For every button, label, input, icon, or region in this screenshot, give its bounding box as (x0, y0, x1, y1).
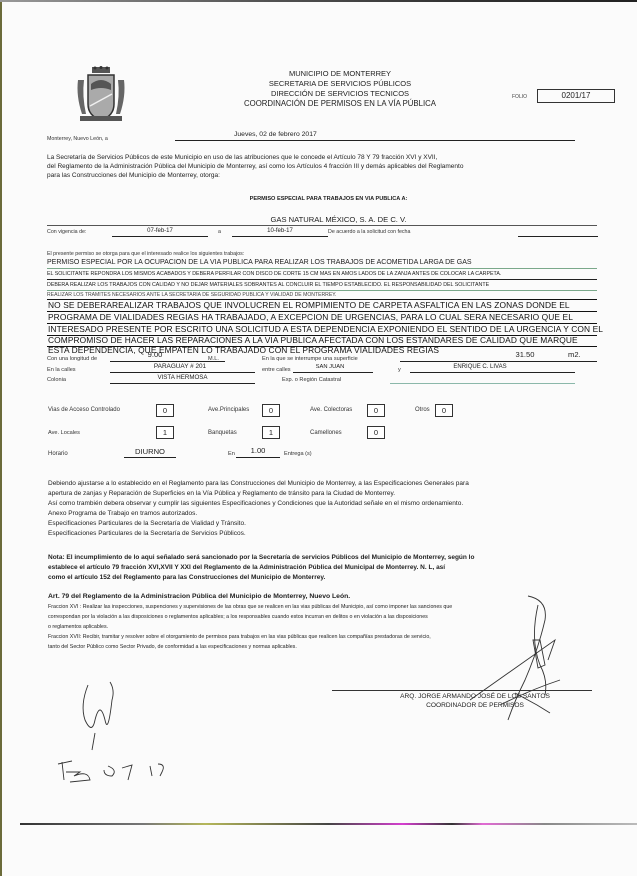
colony-underline (110, 383, 255, 384)
signatory-role: COORDINADOR DE PERMISOS (345, 701, 605, 710)
intro-line-3: para las Construcciones del Municipio de… (47, 171, 220, 180)
validity-label: Con vigencia de: (47, 229, 86, 235)
header-secretariat: SECRETARIA DE SERVICIOS PÚBLICOS (230, 79, 450, 90)
works-underline-2 (47, 279, 597, 280)
condition-line-2: apertura de zanjas y Reparación de Super… (48, 489, 395, 498)
article-line-5: tanto del Sector Público como Sector Pri… (48, 644, 297, 650)
place-label: Monterrey, Nuevo León, a (47, 136, 108, 142)
scan-edge-bottom (20, 823, 637, 825)
delivery-underline (236, 457, 280, 458)
article-title: Art. 79 del Reglamento de la Administrac… (48, 593, 350, 600)
warning-line-1: NO SE DEBERAREALIZAR TRABAJOS QUE INVOLU… (48, 300, 570, 310)
surface-unit: m2. (568, 350, 581, 359)
street-label: En la calles (47, 367, 76, 373)
validity-to-underline (232, 236, 328, 237)
others-value: 0 (435, 404, 453, 417)
validity-from: 07-feb-17 (112, 228, 208, 234)
validity-to: 10-feb-17 (232, 228, 328, 234)
surface-label: En la que se interrumpe una superficie (262, 356, 358, 362)
colony-label: Colonia (47, 377, 66, 383)
works-line-3: DEBERA REALIZAR LOS TRABAJOS CON CALIDAD… (47, 282, 489, 288)
signatory-name: ARQ. JORGE ARMANDO JOSÉ DE LOS SANTOS (345, 692, 605, 701)
works-underline-3 (47, 290, 597, 291)
condition-line-6: Especificaciones Particulares de la Secr… (48, 529, 246, 538)
between-street-2-underline (410, 372, 575, 373)
collector-avenues-value: 0 (367, 404, 385, 417)
condition-line-4: Anexo Programa de Trabajo en tramos auto… (48, 509, 197, 518)
others-label: Otros (415, 407, 430, 413)
delivery-value: 1.00 (236, 446, 280, 455)
medians-value: 0 (367, 426, 385, 439)
length-unit: M.L. (208, 356, 219, 362)
condition-line-1: Debiendo ajustarse a lo establecido en e… (48, 479, 469, 488)
signature-line (332, 690, 592, 691)
header-direction: DIRECCIÓN DE SERVICIOS TECNICOS (230, 89, 450, 100)
works-line-1: PERMISO ESPECIAL POR LA OCUPACION DE LA … (47, 259, 472, 266)
schedule-underline (124, 457, 176, 458)
request-date-label: De acuerdo a la solicitud con fecha (328, 229, 410, 235)
intro-line-1: La Secretaría de Servicios Públicos de e… (47, 153, 437, 162)
note-line-3: como el artículo 152 del Reglamento para… (48, 573, 325, 582)
local-avenues-value: 1 (156, 426, 174, 439)
intro-line-2: del Reglamento de la Administración Públ… (47, 162, 463, 171)
works-underline-1 (47, 268, 597, 269)
length-label: Con una longitud de (47, 356, 97, 362)
warning-line-4: COMPROMISO DE HACER LAS REPARACIONES A L… (48, 335, 578, 345)
delivery-suffix: Entrega (s) (284, 451, 312, 457)
article-line-2: correspondan por la violación a las disp… (48, 614, 428, 620)
street-value: PARAGUAY # 201 (115, 363, 245, 370)
between-street-1: SAN JUAN (290, 364, 370, 370)
permit-document: MUNICIPIO DE MONTERREY SECRETARIA DE SER… (0, 0, 637, 876)
schedule-label: Horario (48, 451, 68, 457)
street-underline (110, 372, 255, 373)
header-coordination: COORDINACIÓN DE PERMISOS EN LA VÍA PÚBLI… (230, 99, 450, 110)
local-avenues-label: Ave. Locales (48, 430, 80, 436)
folio-value: 0201/17 (537, 89, 615, 103)
collector-avenues-label: Ave. Colectoras (310, 407, 352, 413)
surface-value: 31.50 (500, 350, 550, 359)
warning-line-3: INTERESADO PRESENTE POR ESCRITO UNA SOLI… (48, 324, 603, 334)
article-line-4: Fraccion XVII: Recibir, tramitar y resol… (48, 634, 431, 640)
scan-edge-left (0, 0, 2, 876)
length-value: 9.00 (110, 350, 200, 359)
works-label: El presente permiso se otorga para que e… (47, 251, 244, 257)
article-line-3: o reglamentos aplicables. (48, 624, 108, 630)
scan-edge-top (0, 0, 637, 2)
delivery-prefix: En (228, 451, 235, 457)
condition-line-5: Especificaciones Particulares de la Secr… (48, 519, 246, 528)
medians-label: Camellones (310, 430, 342, 436)
sidewalks-label: Banquetas (208, 430, 237, 436)
between-separator: y (398, 367, 401, 373)
request-date-underline (518, 236, 598, 237)
between-street-2: ENRIQUE C. LIVAS (410, 364, 550, 370)
issue-date: Jueves, 02 de febrero 2017 (234, 131, 317, 138)
permit-title: PERMISO ESPECIAL PARA TRABAJOS EN VIA PU… (0, 196, 637, 202)
works-line-4: REALIZAR LOS TRAMITES NECESARIOS ANTE LA… (47, 292, 336, 298)
warning-line-5: ESTA DEPENDENCIA, QUE EMPATEN LO TRABAJA… (48, 345, 439, 355)
date-underline (175, 140, 575, 141)
handwritten-signatures-icon (0, 0, 637, 876)
grantee-underline (47, 225, 597, 226)
condition-line-3: Así como trambién debera observar y cump… (48, 499, 463, 508)
municipal-crest-icon (74, 66, 128, 124)
between-label: entre calles (262, 367, 291, 373)
note-line-2: establece el artículo 79 fracción XVI,XV… (48, 563, 445, 572)
note-line-1: Nota: El incumplimiento de lo aqui señal… (48, 553, 474, 562)
schedule-value: DIURNO (124, 447, 176, 456)
sidewalks-value: 1 (262, 426, 280, 439)
colony-value: VISTA HERMOSA (110, 374, 255, 381)
header-municipality: MUNICIPIO DE MONTERREY (230, 69, 450, 80)
article-line-1: Fraccion XVI : Realizar las inspecciones… (48, 604, 452, 610)
grantee-name: GAS NATURAL MÉXICO, S. A. DE C. V. (0, 215, 637, 224)
validity-from-underline (112, 236, 208, 237)
main-avenues-value: 0 (262, 404, 280, 417)
folio-label: FOLIO (512, 94, 527, 100)
warning-line-2: PROGRAMA DE VIALIDADES REGIAS HA TRABAJA… (48, 312, 573, 322)
surface-underline (400, 361, 597, 362)
controlled-access-value: 0 (156, 404, 174, 417)
cadastral-label: Exp. o Región Catastral (282, 377, 341, 383)
works-line-2: EL SOLICITANTE REPONDRA LOS MISMOS ACABA… (47, 271, 501, 277)
main-avenues-label: Ave.Principales (208, 407, 249, 413)
cadastral-underline (390, 383, 575, 384)
validity-separator: a (218, 229, 221, 235)
controlled-access-label: Vias de Acceso Controlado (48, 407, 120, 413)
between-street-1-underline (293, 372, 373, 373)
